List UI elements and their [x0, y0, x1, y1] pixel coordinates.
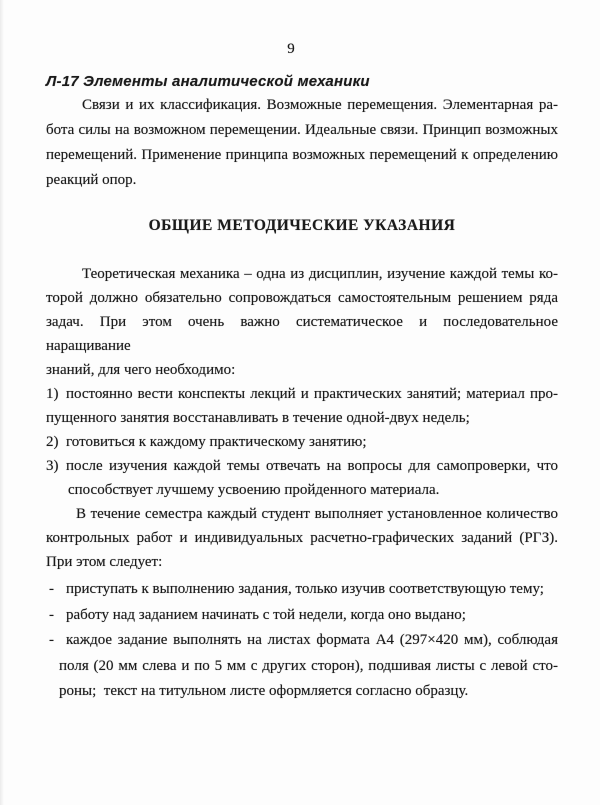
lecture-heading: Л-17 Элементы аналитической механики — [46, 72, 558, 92]
text-line: роны; текст на титульном листе оформляет… — [46, 679, 558, 705]
text-line: реакций опор. — [46, 168, 558, 193]
list-item-text: постоянно вести конспекты лекций и практ… — [66, 386, 558, 402]
text-line: пущенного занятия восстанавливать в тече… — [46, 406, 558, 430]
numbered-list-item: 3)после изучения каждой темы отвечать на… — [46, 454, 558, 502]
list-item-text: готовиться к каждому практическому занят… — [66, 434, 367, 450]
numbered-list-item: 2)готовиться к каждому практическому зан… — [46, 430, 558, 454]
dash-marker: - — [46, 603, 66, 629]
text-line: торой должно обязательно сопровождаться … — [46, 286, 558, 310]
text-line: перемещений. Применение принципа возможн… — [46, 143, 558, 168]
guidance-paragraph: Теоретическая механика – одна из дисципл… — [46, 262, 558, 382]
text-line: способствует лучшему усвоению пройденног… — [46, 478, 558, 502]
numbered-list: 1)постоянно вести конспекты лекций и пра… — [46, 382, 558, 502]
text-line: В течение семестра каждый студент выполн… — [46, 502, 558, 526]
list-marker: 1) — [46, 382, 66, 406]
text-line: -приступать к выполнению задания, только… — [46, 577, 558, 603]
text-line: бота силы на возможном перемещении. Идеа… — [46, 118, 558, 143]
section-heading: ОБЩИЕ МЕТОДИЧЕСКИЕ УКАЗАНИЯ — [46, 215, 558, 236]
text-line: Связи и их классификация. Возможные пере… — [46, 93, 558, 118]
list-marker: 2) — [46, 430, 66, 454]
text-line: 2)готовиться к каждому практическому зан… — [46, 430, 558, 454]
text-line: -работу над заданием начинать с той неде… — [46, 603, 558, 629]
text-line: -каждое задание выполнять на листах форм… — [46, 628, 558, 654]
numbered-list-item: 1)постоянно вести конспекты лекций и пра… — [46, 382, 558, 430]
list-item-text: после изучения каждой темы отвечать на в… — [66, 458, 558, 474]
dash-marker: - — [46, 628, 66, 654]
dash-list-item: -каждое задание выполнять на листах форм… — [46, 628, 558, 705]
dash-list-item: -приступать к выполнению задания, только… — [46, 577, 558, 603]
text-line: контрольных работ и индивидуальных расче… — [46, 526, 558, 550]
text-line: 1)постоянно вести конспекты лекций и пра… — [46, 382, 558, 406]
page-content: 9 Л-17 Элементы аналитической механики С… — [0, 40, 600, 705]
list-item-text: приступать к выполнению задания, только … — [66, 581, 544, 597]
list-item-text: работу над заданием начинать с той недел… — [66, 607, 466, 623]
document-page: 9 Л-17 Элементы аналитической механики С… — [0, 0, 600, 805]
dash-list: -приступать к выполнению задания, только… — [46, 577, 558, 705]
text-line: 3)после изучения каждой темы отвечать на… — [46, 454, 558, 478]
list-item-text: каждое задание выполнять на листах форма… — [66, 632, 558, 648]
dash-list-item: -работу над заданием начинать с той неде… — [46, 603, 558, 629]
list-marker: 3) — [46, 454, 66, 478]
semester-paragraph: В течение семестра каждый студент выполн… — [46, 502, 558, 574]
text-line: Теоретическая механика – одна из дисципл… — [46, 262, 558, 286]
text-line: поля (20 мм слева и по 5 мм с других сто… — [46, 654, 558, 680]
text-line: знаний, для чего необходимо: — [46, 358, 558, 382]
text-line: задач. При этом очень важно систематичес… — [46, 310, 558, 358]
page-number: 9 — [35, 40, 547, 58]
abstract-paragraph: Связи и их классификация. Возможные пере… — [46, 93, 558, 193]
text-line: При этом следует: — [46, 550, 558, 574]
dash-marker: - — [46, 577, 66, 603]
